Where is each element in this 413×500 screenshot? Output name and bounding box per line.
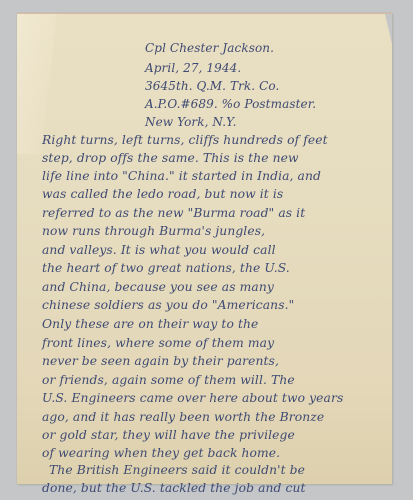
body-line: now runs through Burma's jungles,	[42, 224, 265, 238]
sender-unit: 3645th. Q.M. Trk. Co.	[145, 79, 279, 93]
body-line: ago, and it has really been worth the Br…	[42, 410, 324, 424]
body-line: never be seen again by their parents,	[42, 354, 279, 368]
body-line: chinese soldiers as you do "Americans."	[42, 298, 294, 312]
body-line: or gold star, they will have the privile…	[42, 428, 295, 442]
sender-name: Cpl Chester Jackson.	[145, 41, 274, 55]
body-line: of wearing when they get back home.	[42, 446, 280, 460]
body-line: or friends, again some of them will. The	[42, 373, 295, 387]
body-line: the heart of two great nations, the U.S.	[42, 261, 290, 275]
body-line: step, drop offs the same. This is the ne…	[42, 151, 299, 165]
body-line: referred to as the new "Burma road" as i…	[42, 206, 305, 220]
body-line: and valleys. It is what you would call	[42, 243, 276, 257]
body-line: done, but the U.S. tackled the job and c…	[42, 481, 306, 495]
body-line: front lines, where some of them may	[42, 336, 274, 350]
sender-apo: A.P.O.#689. %o Postmaster.	[145, 97, 316, 111]
letter-page: Cpl Chester Jackson. April, 27, 1944. 36…	[17, 13, 392, 484]
body-line: Only these are on their way to the	[42, 317, 258, 331]
body-line: U.S. Engineers came over here about two …	[42, 391, 343, 405]
body-line: Right turns, left turns, cliffs hundreds…	[42, 133, 328, 147]
body-line: life line into "China." it started in In…	[42, 169, 321, 183]
sender-city: New York, N.Y.	[145, 115, 237, 129]
letter-date: April, 27, 1944.	[145, 61, 241, 75]
body-line: was called the ledo road, but now it is	[42, 187, 283, 201]
body-line: and China, because you see as many	[42, 280, 274, 294]
body-line: The British Engineers said it couldn't b…	[49, 463, 305, 477]
